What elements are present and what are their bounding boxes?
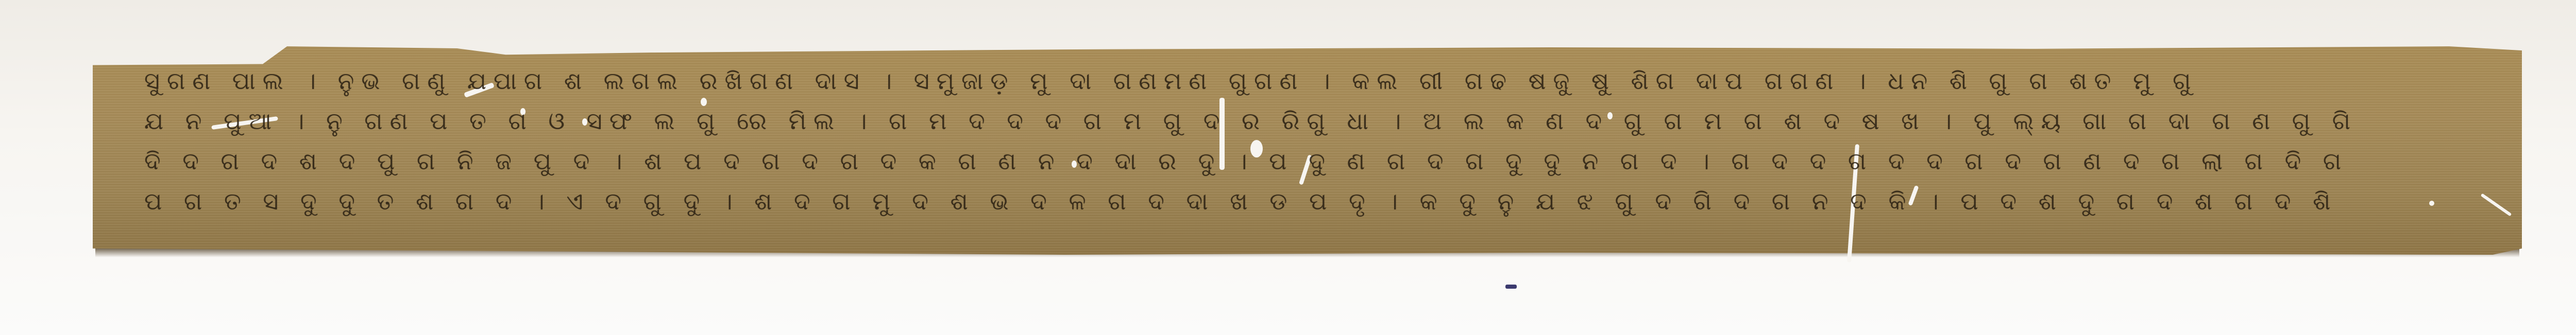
manuscript-text-block: ସୁଗଣ ପାଲ । ନୁଭ ଗଣୁ ଯପାଗ ଶ ଲଗଲ ରଖିଗଣ ଦାସ …	[144, 61, 2494, 221]
manuscript-line-4: ପ ଗ ତ ସ ଦୁ ଦୁ ତ ଶ ଗ ଦ । ଏ ଦ ଗୁ ଦୁ । ଶ ଦ …	[144, 181, 2494, 221]
manuscript-line-3: ଦି ଦ ଗ ଦ ଶ ଦ ପୁ ଗ ନି ଜ ପୁ ଦ । ଶ ପ ଦ ଗ ଦ …	[144, 141, 2494, 181]
manuscript-line-2: ଯ ନ ପୁଆ । ନୁ ଗଣ ପ ତ ଗ ଓ ସଫ ଲ ଗୁ ରେ ମିଲ ।…	[144, 101, 2494, 141]
manuscript-line-1: ସୁଗଣ ପାଲ । ନୁଭ ଗଣୁ ଯପାଗ ଶ ଲଗଲ ରଖିଗଣ ଦାସ …	[144, 61, 2494, 101]
scan-ink-mark	[1505, 285, 1517, 289]
